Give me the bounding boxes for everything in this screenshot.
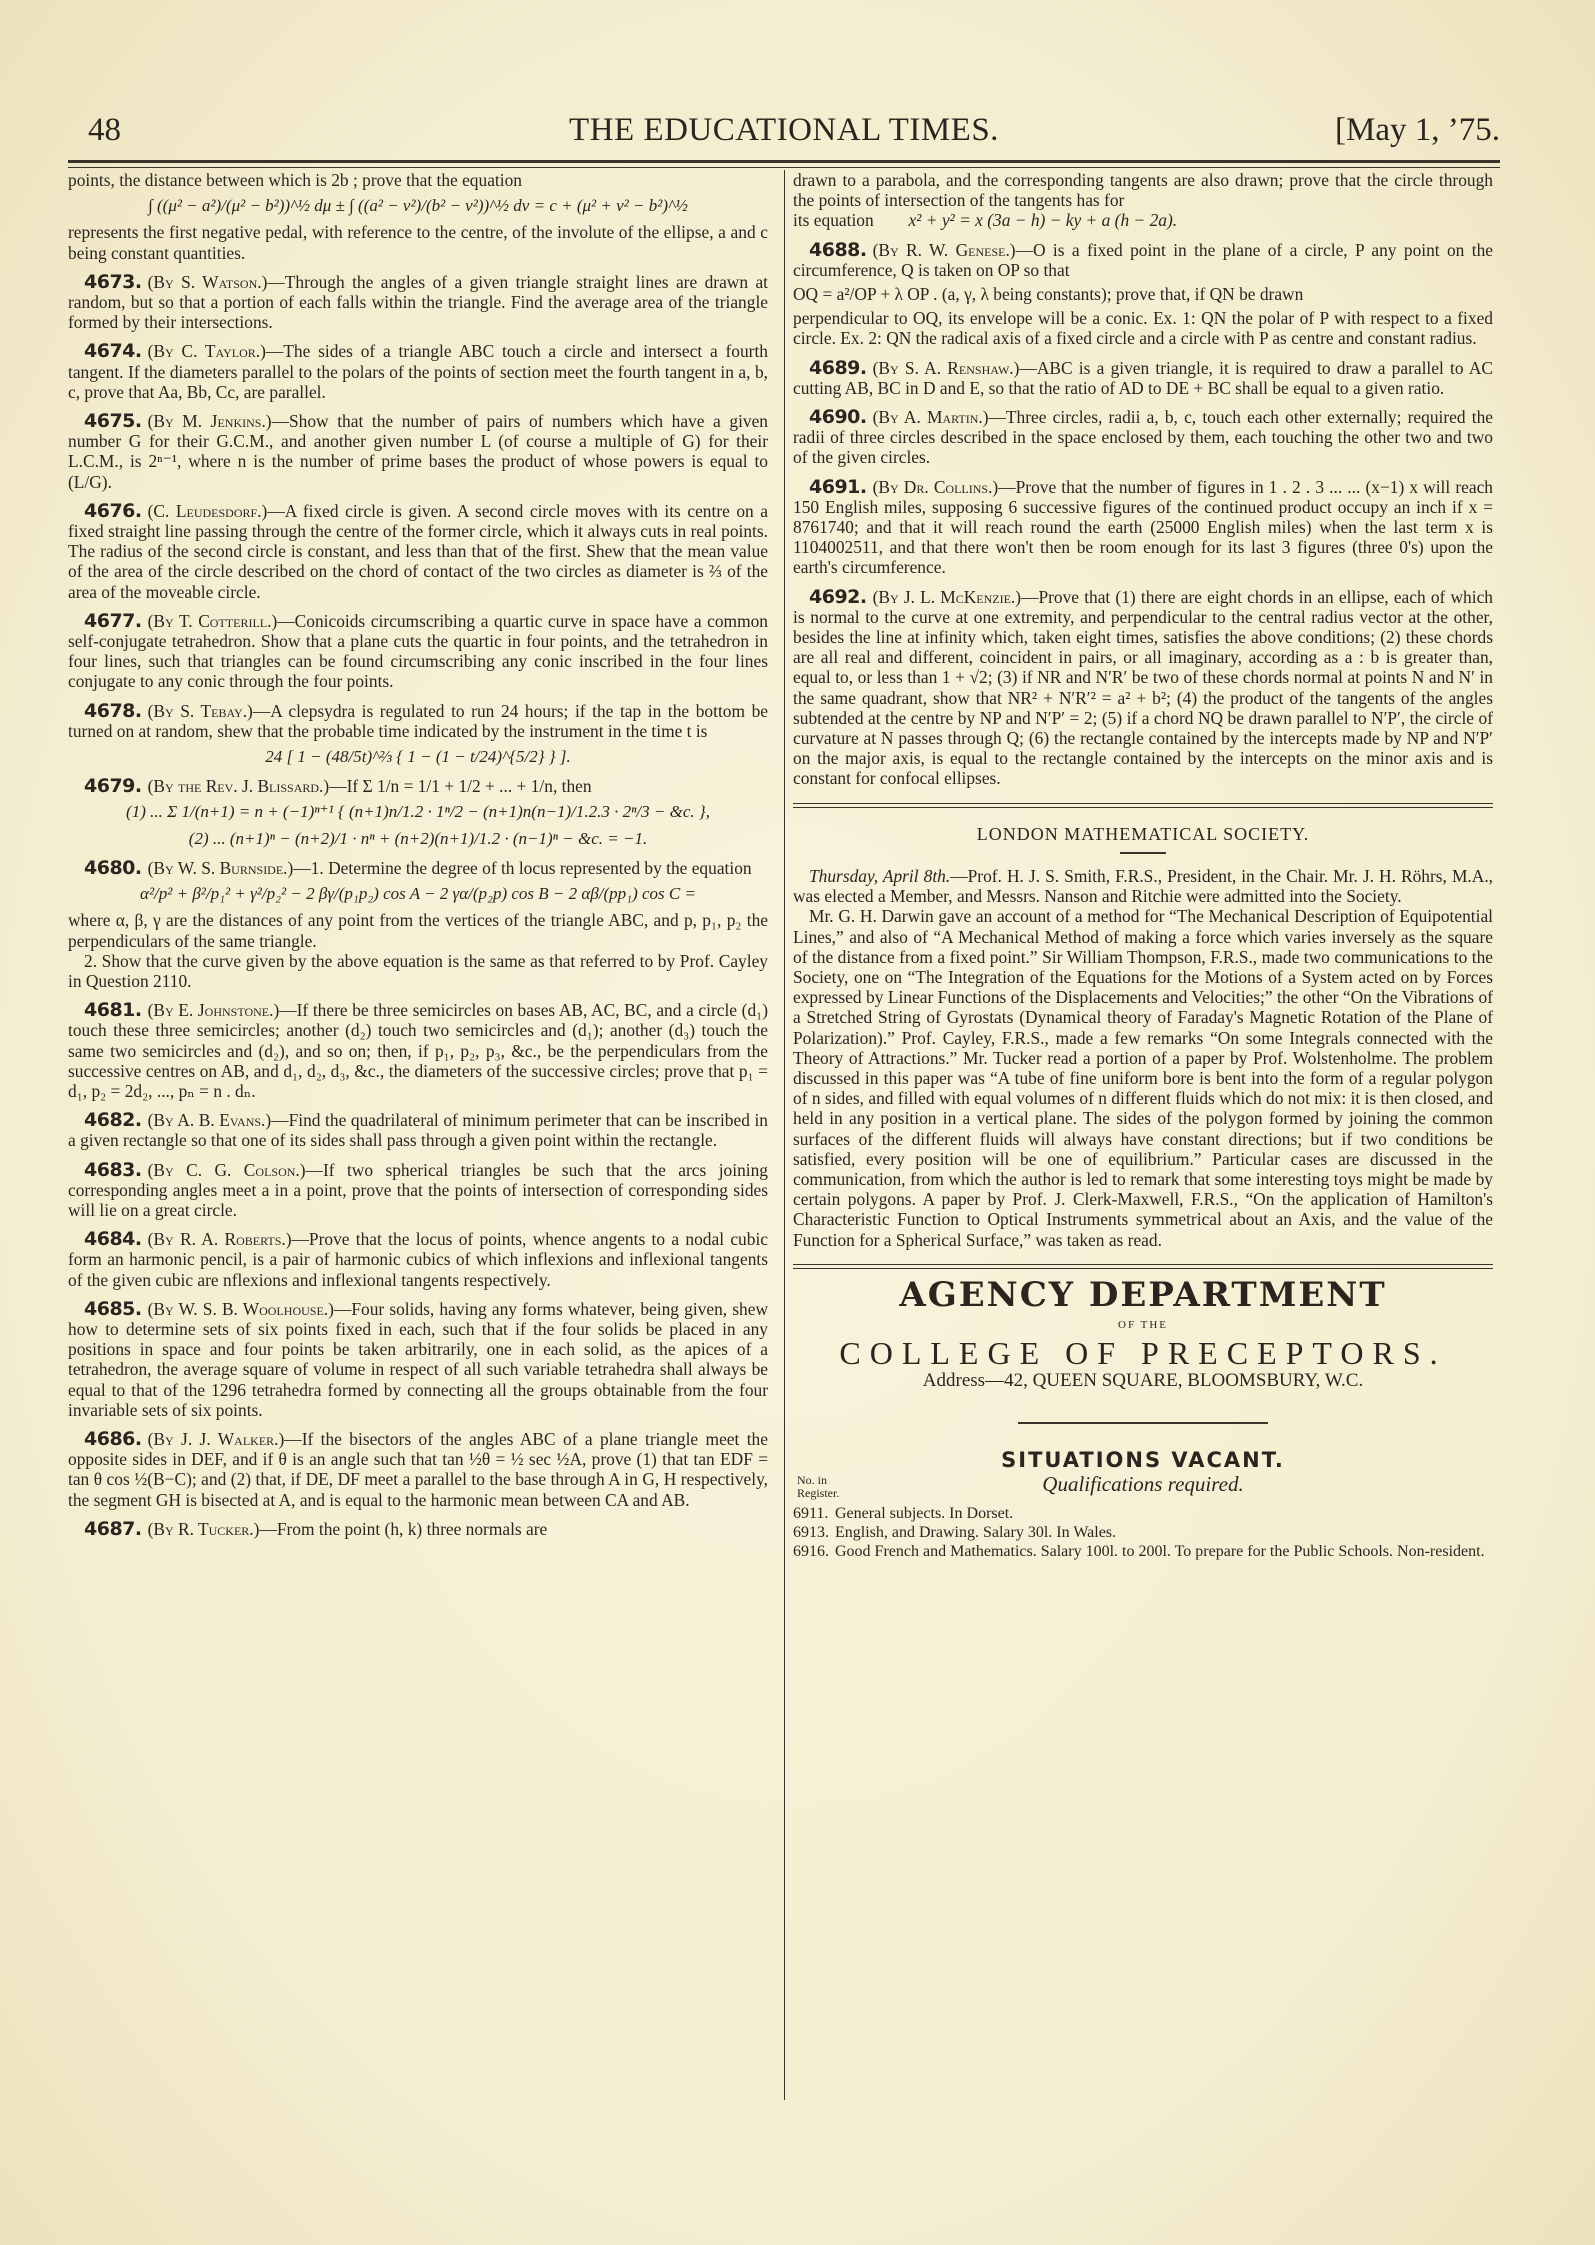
situation-item: 6913.English, and Drawing. Salary 30l. I… bbox=[793, 1523, 1493, 1542]
question-4676: 4676.(C. Leudesdorf.)—A fixed circle is … bbox=[68, 501, 768, 602]
question-4687: 4687.(By R. Tucker.)—From the point (h, … bbox=[68, 1519, 768, 1539]
question-4674: 4674.(By C. Taylor.)—The sides of a tria… bbox=[68, 341, 768, 402]
blissard-equation-2: (2) ... (n+1)ⁿ − (n+2)/1 · nⁿ + (n+2)(n+… bbox=[68, 829, 768, 849]
agency-of-the: OF THE bbox=[793, 1315, 1493, 1335]
agency-department-ad: AGENCY DEPARTMENT OF THE COLLEGE OF PREC… bbox=[793, 1285, 1493, 1392]
question-4680-text-3: 2. Show that the curve given by the abov… bbox=[68, 951, 768, 991]
issue-date: [May 1, ’75. bbox=[1335, 112, 1500, 149]
blissard-equation-1: (1) ... Σ 1/(n+1) = n + (−1)ⁿ⁺¹ { (n+1)n… bbox=[68, 802, 768, 822]
question-4675: 4675.(By M. Jenkins.)—Show that the numb… bbox=[68, 411, 768, 492]
question-4690: 4690.(By A. Martin.)—Three circles, radi… bbox=[793, 407, 1493, 468]
agency-address: Address—42, QUEEN SQUARE, BLOOMSBURY, W.… bbox=[793, 1371, 1493, 1391]
society-para-2: Mr. G. H. Darwin gave an account of a me… bbox=[793, 906, 1493, 1249]
short-divider bbox=[1120, 852, 1166, 854]
agency-title: AGENCY DEPARTMENT bbox=[793, 1285, 1493, 1305]
continuation-intro: points, the distance between which is 2b… bbox=[68, 170, 768, 190]
question-4685: 4685.(By W. S. B. Woolhouse.)—Four solid… bbox=[68, 1299, 768, 1420]
question-4678: 4678.(By S. Tebay.)—A clepsydra is regul… bbox=[68, 701, 768, 741]
locus-equation: α²/p² + β²/p₁² + γ²/p₂² − 2 βγ/(p₁p₂) co… bbox=[68, 884, 768, 904]
newspaper-page: 48 THE EDUCATIONAL TIMES. [May 1, ’75. p… bbox=[68, 108, 1500, 154]
masthead-rule bbox=[68, 160, 1500, 168]
question-4683: 4683.(By C. G. Colson.)—If two spherical… bbox=[68, 1160, 768, 1221]
situation-item: 6916.Good French and Mathematics. Salary… bbox=[793, 1542, 1493, 1561]
question-4680: 4680.(By W. S. Burnside.)—1. Determine t… bbox=[68, 858, 768, 878]
genese-equation: OQ = a²/OP + λ OP . (a, γ, λ being const… bbox=[793, 284, 1493, 304]
medium-divider bbox=[1018, 1422, 1268, 1424]
question-4691: 4691.(By Dr. Collins.)—Prove that the nu… bbox=[793, 477, 1493, 578]
left-column: points, the distance between which is 2b… bbox=[68, 170, 768, 1539]
college-name: COLLEGE OF PRECEPTORS. bbox=[793, 1343, 1493, 1363]
section-divider-2 bbox=[793, 1264, 1493, 1269]
question-4681: 4681.(By E. Johnstone.)—If there be thre… bbox=[68, 1000, 768, 1101]
question-4682: 4682.(By A. B. Evans.)—Find the quadrila… bbox=[68, 1110, 768, 1150]
question-4689: 4689.(By S. A. Renshaw.)—ABC is a given … bbox=[793, 358, 1493, 398]
question-4680-text-2: where α, β, γ are the distances of any p… bbox=[68, 910, 768, 950]
situations-vacant: SITUATIONS VACANT. No. inRegister. Quali… bbox=[793, 1450, 1493, 1561]
continuation-text: represents the first negative pedal, wit… bbox=[68, 222, 768, 262]
clepsydra-equation: 24 [ 1 − (48/5t)^⅔ { 1 − (1 − t/24)^{5/2… bbox=[68, 747, 768, 767]
london-mathematical-society-report: LONDON MATHEMATICAL SOCIETY. Thursday, A… bbox=[793, 824, 1493, 1250]
situation-item: 6911.General subjects. In Dorset. bbox=[793, 1504, 1493, 1523]
section-divider bbox=[793, 803, 1493, 808]
question-4673: 4673.(By S. Watson.)—Through the angles … bbox=[68, 272, 768, 333]
situations-title: SITUATIONS VACANT. bbox=[793, 1450, 1493, 1470]
circle-equation-line: its equation x² + y² = x (3a − h) − ky +… bbox=[793, 210, 1493, 230]
question-4679: 4679.(By the Rev. J. Blissard.)—If Σ 1/n… bbox=[68, 776, 768, 796]
question-4688: 4688.(By R. W. Genese.)—O is a fixed poi… bbox=[793, 240, 1493, 280]
society-heading: LONDON MATHEMATICAL SOCIETY. bbox=[793, 824, 1493, 844]
right-column: drawn to a parabola, and the correspondi… bbox=[784, 170, 1493, 2100]
society-para-1: Thursday, April 8th.—Prof. H. J. S. Smit… bbox=[793, 866, 1493, 906]
publication-title: THE EDUCATIONAL TIMES. bbox=[68, 112, 1500, 149]
pedal-equation: ∫ ((μ² − a²)/(μ² − b²))^½ dμ ± ∫ ((a² − … bbox=[68, 196, 768, 216]
continuation-text-right: drawn to a parabola, and the correspondi… bbox=[793, 170, 1493, 210]
question-4692: 4692.(By J. L. McKenzie.)—Prove that (1)… bbox=[793, 587, 1493, 789]
masthead: 48 THE EDUCATIONAL TIMES. [May 1, ’75. bbox=[68, 108, 1500, 154]
question-4686: 4686.(By J. J. Walker.)—If the bisectors… bbox=[68, 1429, 768, 1510]
question-4688-text-2: perpendicular to OQ, its envelope will b… bbox=[793, 308, 1493, 348]
qualifications-label: Qualifications required. bbox=[793, 1474, 1493, 1494]
question-4684: 4684.(By R. A. Roberts.)—Prove that the … bbox=[68, 1229, 768, 1290]
question-4677: 4677.(By T. Cotterill.)—Conicoids circum… bbox=[68, 611, 768, 692]
